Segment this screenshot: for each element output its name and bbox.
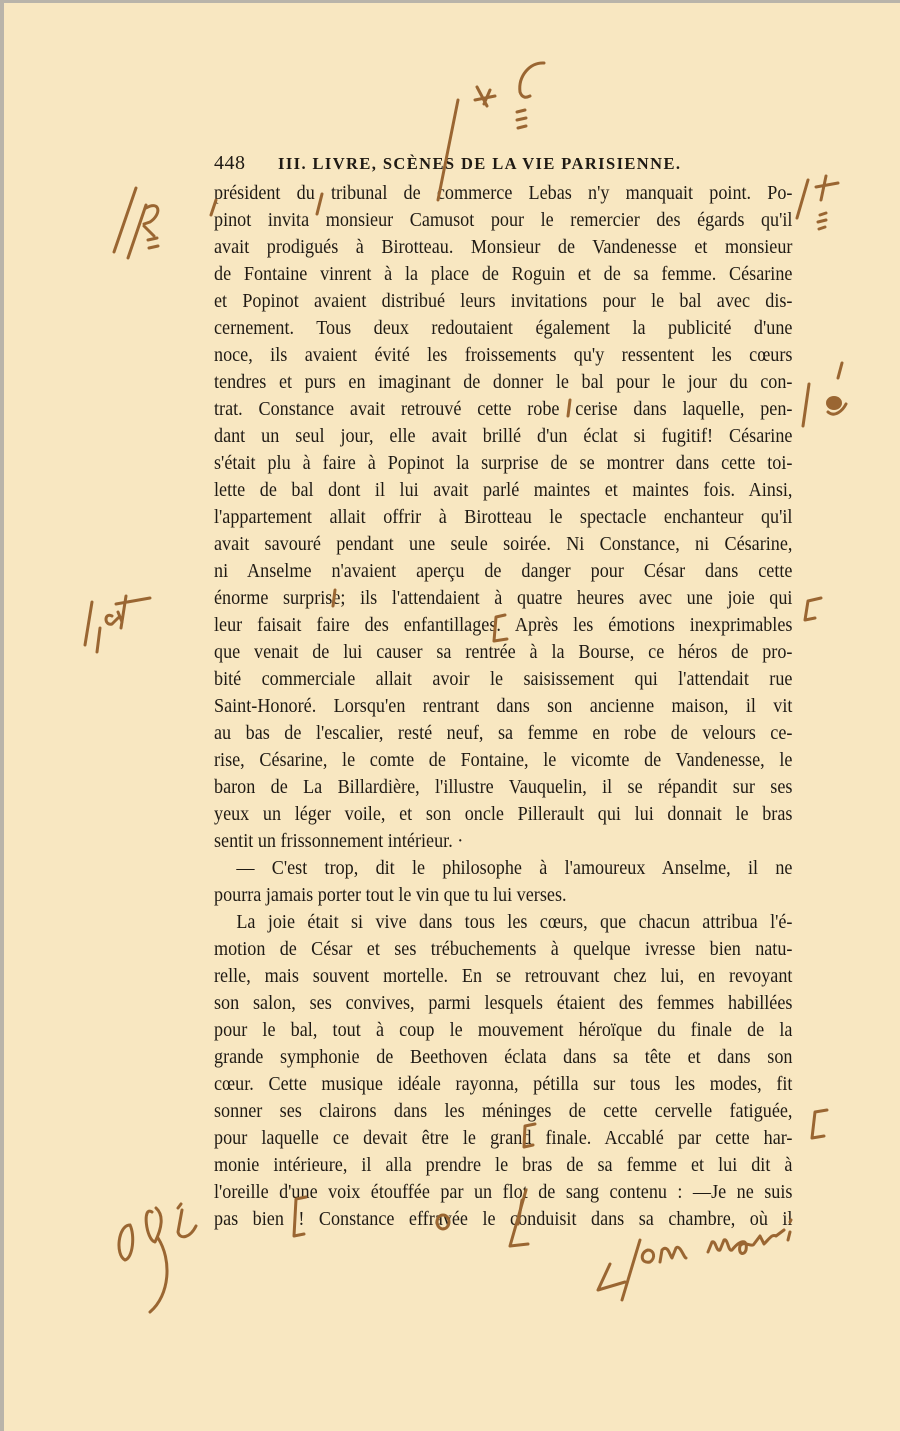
text-line: rise, Césarine, le comte de Fontaine, le… [214, 747, 792, 774]
text-line: relle, mais souvent mortelle. En se retr… [214, 963, 792, 990]
text-line: leur faisait faire des enfantillages. Ap… [214, 612, 792, 639]
running-head: 448 III. LIVRE, SCÈNES DE LA VIE PARISIE… [214, 152, 792, 180]
text-line: trat. Constance avait retrouvé cette rob… [214, 396, 792, 423]
text-line: motion de César et ses trébuchements à q… [214, 936, 792, 963]
text-line: ni Anselme n'avaient aperçu de danger po… [214, 558, 792, 585]
text-line: que venait de lui causer sa rentrée à la… [214, 639, 792, 666]
text-line: avait savouré pendant une seule soirée. … [214, 531, 792, 558]
text-line: l'oreille d'une voix étouffée par un flo… [214, 1179, 792, 1206]
text-line: pour laquelle ce devait être le grand fi… [214, 1125, 792, 1152]
text-line: noce, ils avaient évité les froissements… [214, 342, 792, 369]
text-line: pour le bal, tout à coup le mouvement hé… [214, 1017, 792, 1044]
text-line: et Popinot avaient distribué leurs invit… [214, 288, 792, 315]
running-title: III. LIVRE, SCÈNES DE LA VIE PARISIENNE. [278, 154, 681, 174]
text-line: sonner ses clairons dans les méninges de… [214, 1098, 792, 1125]
text-line: s'était plu à faire à Popinot la surpris… [214, 450, 792, 477]
text-line: sentit un frissonnement intérieur. · [214, 828, 792, 855]
text-line: grande symphonie de Beethoven éclata dan… [214, 1044, 792, 1071]
text-line: cœur. Cette musique idéale rayonna, péti… [214, 1071, 792, 1098]
text-line: lette de bal dont il lui avait parlé mai… [214, 477, 792, 504]
dialogue-line: — C'est trop, dit le philosophe à l'amou… [214, 855, 792, 882]
text-line: bité commerciale allait avoir le saisiss… [214, 666, 792, 693]
text-line: avait prodigués à Birotteau. Monsieur de… [214, 234, 792, 261]
text-line: pinot invita monsieur Camusot pour le re… [214, 207, 792, 234]
text-line: Saint-Honoré. Lorsqu'en rentrant dans so… [214, 693, 792, 720]
page-number: 448 [214, 152, 278, 175]
text-line: énorme surprise; ils l'attendaient à qua… [214, 585, 792, 612]
text-line: l'appartement allait offrir à Birotteau … [214, 504, 792, 531]
text-line: de Fontaine vinrent à la place de Roguin… [214, 261, 792, 288]
book-page: 448 III. LIVRE, SCÈNES DE LA VIE PARISIE… [0, 0, 900, 1431]
text-line: son salon, ses convives, parmi lesquels … [214, 990, 792, 1017]
text-line: président du tribunal de commerce Lebas … [214, 180, 792, 207]
text-line: tendres et purs en imaginant de donner l… [214, 369, 792, 396]
text-line: au bas de l'escalier, resté neuf, sa fem… [214, 720, 792, 747]
text-line: yeux un léger voile, et son oncle Piller… [214, 801, 792, 828]
text-line: pas bien ! Constance effrayée le conduis… [214, 1206, 792, 1233]
text-line: baron de La Billardière, l'illustre Vauq… [214, 774, 792, 801]
text-line: monie intérieure, il alla prendre le bra… [214, 1152, 792, 1179]
text-line: pourra jamais porter tout le vin que tu … [214, 882, 792, 909]
paragraph-start-line: La joie était si vive dans tous les cœur… [214, 909, 792, 936]
text-block: 448 III. LIVRE, SCÈNES DE LA VIE PARISIE… [214, 152, 792, 1233]
text-line: dant un seul jour, elle avait brillé d'u… [214, 423, 792, 450]
text-line: cernement. Tous deux redoutaient égaleme… [214, 315, 792, 342]
